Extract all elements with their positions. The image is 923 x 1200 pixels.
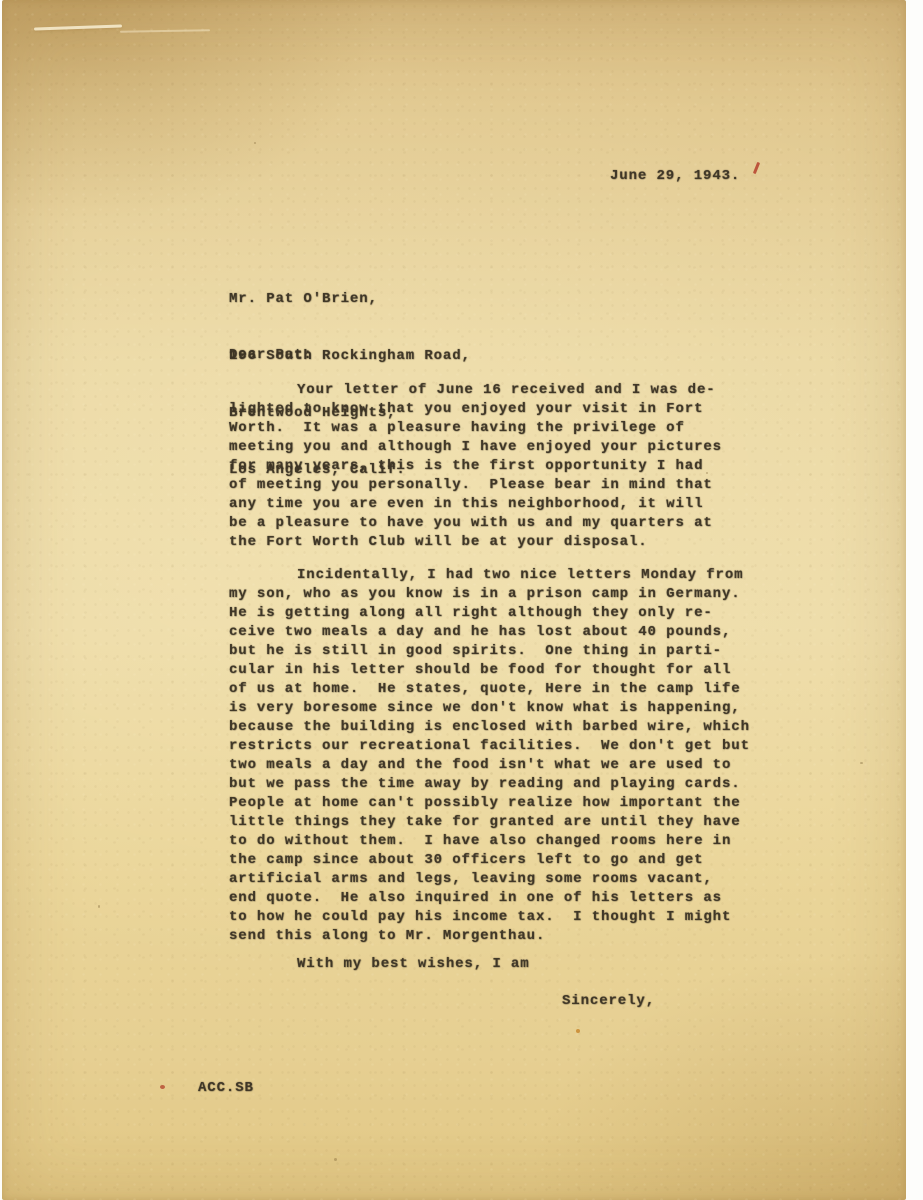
letter-line: little things they take for granted are … (229, 813, 750, 832)
letter-line: but he is still in good spirits. One thi… (229, 642, 750, 661)
letter-line: for many years, this is the first opport… (229, 457, 722, 476)
paper-fleck (98, 905, 100, 908)
letter-line: of meeting you personally. Please bear i… (229, 476, 722, 495)
letter-date: June 29, 1943. (610, 167, 740, 186)
letter-line: two meals a day and the food isn't what … (229, 756, 750, 775)
letter-line: cular in his letter should be food for t… (229, 661, 750, 680)
letter-line: to how he could pay his income tax. I th… (229, 908, 750, 927)
paper-crease-mark (34, 24, 122, 30)
letter-line: Incidentally, I had two nice letters Mon… (229, 566, 750, 585)
closing-line: With my best wishes, I am (297, 955, 530, 974)
paper-fleck (706, 472, 708, 474)
typist-initials: ACC.SB (198, 1079, 254, 1098)
recipient-name: Mr. Pat O'Brien, (229, 290, 471, 309)
letter-line: the Fort Worth Club will be at your disp… (229, 533, 722, 552)
paper-crease-mark (120, 29, 210, 33)
letter-line: be a pleasure to have you with us and my… (229, 514, 722, 533)
paper-fleck (860, 762, 863, 764)
letter-line: because the building is enclosed with ba… (229, 718, 750, 737)
paper-fleck (334, 1158, 337, 1161)
salutation: Dear Pat: (229, 346, 313, 365)
letter-line: restricts our recreational facilities. W… (229, 737, 750, 756)
red-pen-speck (160, 1085, 165, 1089)
paper-speck (576, 1029, 580, 1033)
scanned-letter-page: June 29, 1943. Mr. Pat O'Brien, 196 Sout… (0, 0, 923, 1200)
signoff-line: Sincerely, (562, 992, 655, 1011)
letter-paper: June 29, 1943. Mr. Pat O'Brien, 196 Sout… (2, 0, 906, 1200)
letter-line: the camp since about 30 officers left to… (229, 851, 750, 870)
paper-fleck (254, 142, 256, 144)
letter-line: ceive two meals a day and he has lost ab… (229, 623, 750, 642)
letter-paragraph-2: Incidentally, I had two nice letters Mon… (229, 566, 750, 946)
letter-line: lighted to know that you enjoyed your vi… (229, 400, 722, 419)
letter-line: Worth. It was a pleasure having the priv… (229, 419, 722, 438)
letter-line: of us at home. He states, quote, Here in… (229, 680, 750, 699)
letter-line: end quote. He also inquired in one of hi… (229, 889, 750, 908)
red-pen-mark (753, 162, 760, 174)
letter-line: is very boresome since we don't know wha… (229, 699, 750, 718)
letter-line: artificial arms and legs, leaving some r… (229, 870, 750, 889)
letter-line: but we pass the time away by reading and… (229, 775, 750, 794)
letter-line: my son, who as you know is in a prison c… (229, 585, 750, 604)
letter-paragraph-1: Your letter of June 16 received and I wa… (229, 381, 722, 552)
letter-line: to do without them. I have also changed … (229, 832, 750, 851)
letter-line: People at home can't possibly realize ho… (229, 794, 750, 813)
letter-line: send this along to Mr. Morgenthau. (229, 927, 750, 946)
letter-line: meeting you and although I have enjoyed … (229, 438, 722, 457)
letter-line: He is getting along all right although t… (229, 604, 750, 623)
letter-line: Your letter of June 16 received and I wa… (229, 381, 722, 400)
letter-line: any time you are even in this neighborho… (229, 495, 722, 514)
